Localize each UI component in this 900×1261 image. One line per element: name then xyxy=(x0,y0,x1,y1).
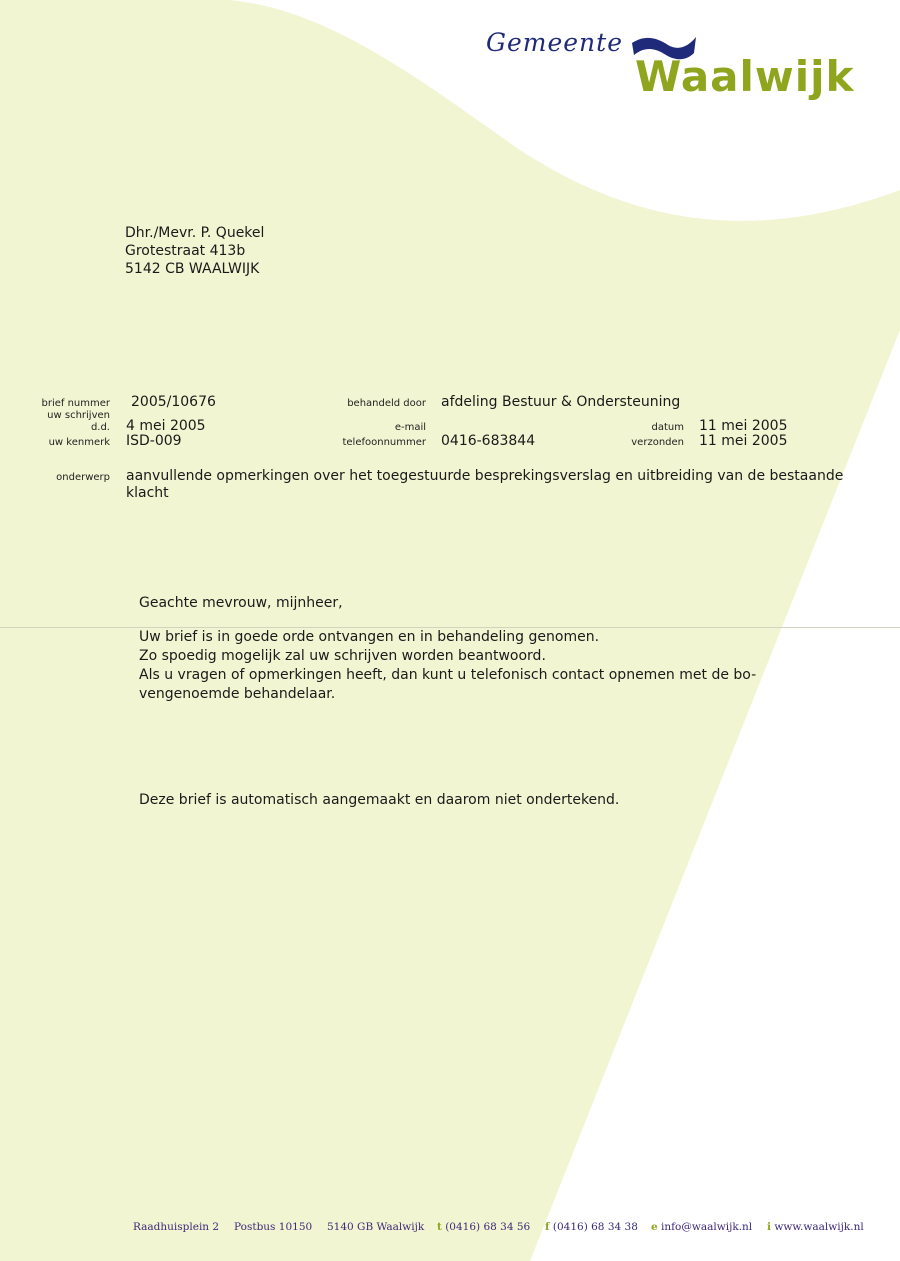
email-prefix: e xyxy=(651,1221,658,1233)
footer-address: Raadhuisplein 2 xyxy=(133,1221,219,1233)
salutation: Geachte mevrouw, mijnheer, xyxy=(139,594,343,613)
fax-number: (0416) 68 34 38 xyxy=(553,1221,638,1233)
body-line-1: Uw brief is in goede orde ontvangen en i… xyxy=(139,628,756,647)
verzonden-label: verzonden xyxy=(600,437,684,448)
brief-nummer-label: brief nummer xyxy=(20,398,110,409)
footer-web: i www.waalwijk.nl xyxy=(767,1221,864,1233)
fax-prefix: f xyxy=(545,1221,550,1233)
uw-kenmerk-label: uw kenmerk xyxy=(20,437,110,448)
footer-phone: t (0416) 68 34 56 xyxy=(437,1221,530,1233)
onderwerp-line-2: klacht xyxy=(126,485,846,502)
web-prefix: i xyxy=(767,1221,771,1233)
footer-postcode: 5140 GB Waalwijk xyxy=(327,1221,424,1233)
letter-body: Uw brief is in goede orde ontvangen en i… xyxy=(139,628,756,704)
email-address[interactable]: info@waalwijk.nl xyxy=(661,1221,752,1233)
datum-value: 11 mei 2005 xyxy=(699,418,787,434)
logo-waalwijk-text: Waalwijk xyxy=(635,52,854,101)
datum-label: datum xyxy=(600,422,684,433)
email-label: e-mail xyxy=(320,422,426,433)
closing-note: Deze brief is automatisch aangemaakt en … xyxy=(139,791,619,810)
uw-schrijven-label: uw schrijven xyxy=(20,410,110,421)
recipient-city: 5142 CB WAALWIJK xyxy=(125,260,264,278)
recipient-name: Dhr./Mevr. P. Quekel xyxy=(125,224,264,242)
brief-nummer-value: 2005/10676 xyxy=(131,394,216,410)
body-line-4: vengenoemde behandelaar. xyxy=(139,685,756,704)
recipient-address: Dhr./Mevr. P. Quekel Grotestraat 413b 51… xyxy=(125,224,264,278)
onderwerp-value: aanvullende opmerkingen over het toegest… xyxy=(126,468,846,502)
behandeld-door-label: behandeld door xyxy=(320,398,426,409)
onderwerp-label: onderwerp xyxy=(20,472,110,483)
verzonden-value: 11 mei 2005 xyxy=(699,433,787,449)
telefoon-label: telefoonnummer xyxy=(320,437,426,448)
recipient-street: Grotestraat 413b xyxy=(125,242,264,260)
phone-prefix: t xyxy=(437,1221,442,1233)
body-line-3: Als u vragen of opmerkingen heeft, dan k… xyxy=(139,666,756,685)
body-line-2: Zo spoedig mogelijk zal uw schrijven wor… xyxy=(139,647,756,666)
phone-number: (0416) 68 34 56 xyxy=(445,1221,530,1233)
footer-postbus: Postbus 10150 xyxy=(234,1221,312,1233)
dd-value: 4 mei 2005 xyxy=(126,418,206,434)
logo-gemeente-text: Gemeente xyxy=(486,28,623,57)
dd-label: d.d. xyxy=(20,422,110,433)
uw-kenmerk-value: ISD-009 xyxy=(126,433,182,449)
behandeld-door-value: afdeling Bestuur & Ondersteuning xyxy=(441,394,680,410)
footer-email: e info@waalwijk.nl xyxy=(651,1221,752,1233)
telefoon-value: 0416-683844 xyxy=(441,433,535,449)
footer-fax: f (0416) 68 34 38 xyxy=(545,1221,638,1233)
web-address[interactable]: www.waalwijk.nl xyxy=(774,1221,863,1233)
onderwerp-line-1: aanvullende opmerkingen over het toegest… xyxy=(126,468,846,485)
